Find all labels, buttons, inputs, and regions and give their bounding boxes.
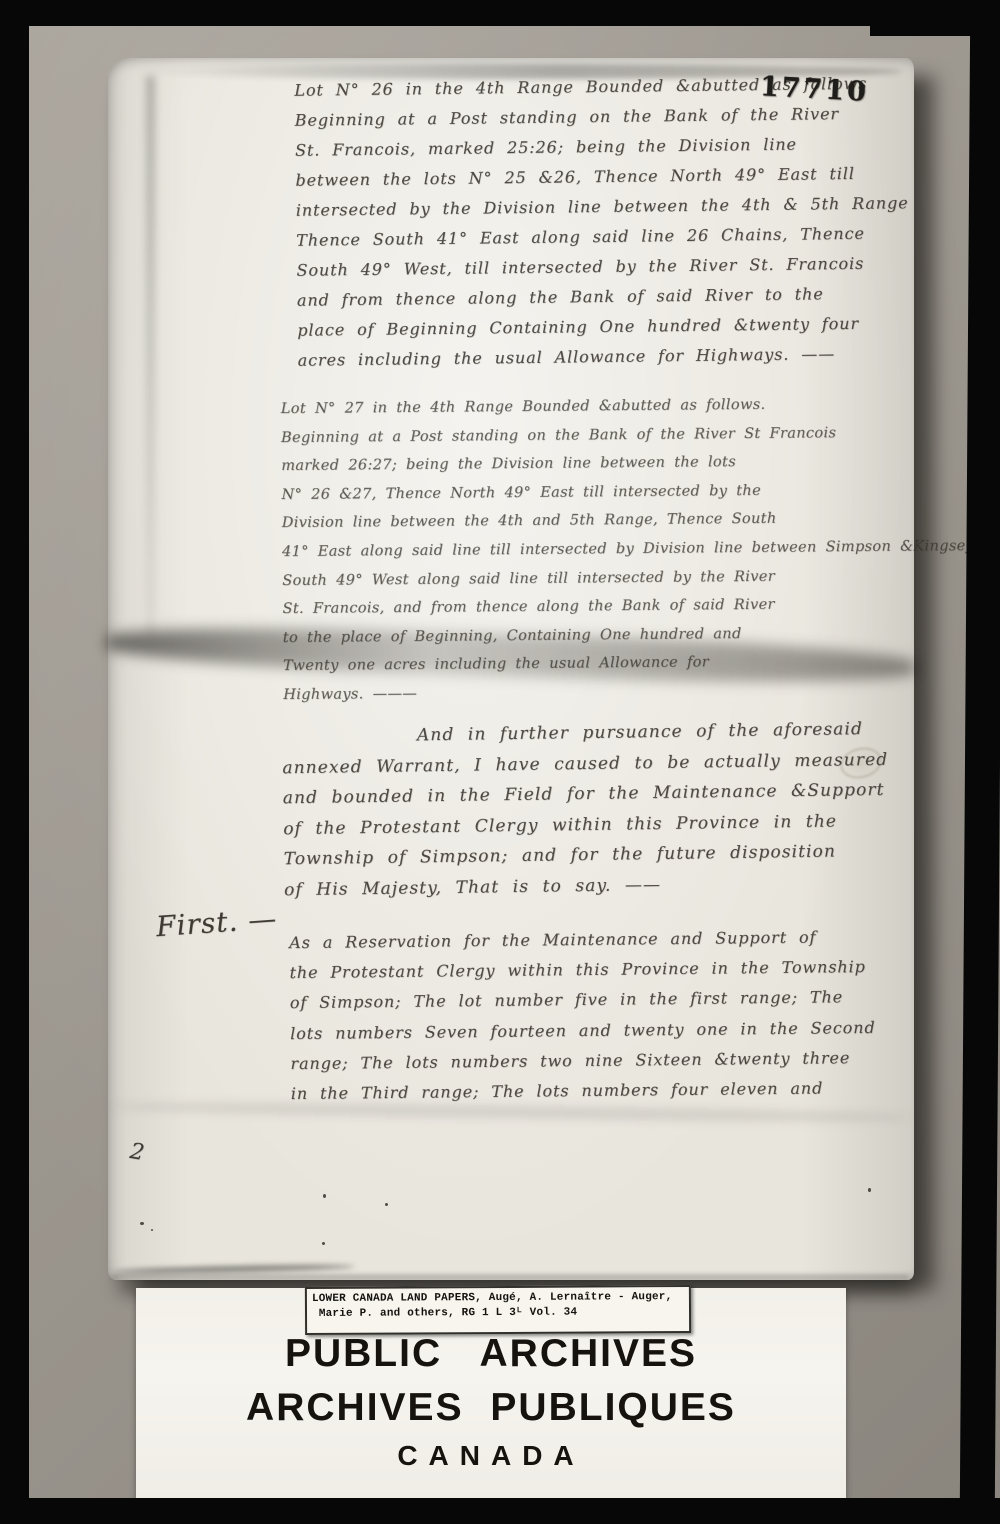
- film-frame-top: [0, 0, 1000, 26]
- ink-speck: [322, 1242, 325, 1245]
- ink-speck: [323, 1194, 326, 1198]
- ink-speck: [385, 1203, 388, 1206]
- banner-title-english: PUBLIC ARCHIVES: [136, 1332, 846, 1376]
- manuscript-paragraph-lot26: Lot N° 26 in the 4th Range Bounded &abut…: [294, 68, 910, 375]
- manuscript-paragraph-pursuance: And in further pursuance of the aforesai…: [282, 714, 890, 905]
- film-frame-bottom: [0, 1498, 1000, 1524]
- catalogue-label: LOWER CANADA LAND PAPERS, Augé, A. Lerna…: [305, 1285, 691, 1335]
- film-frame-left: [0, 0, 29, 1524]
- banner-country: CANADA: [136, 1440, 846, 1472]
- ink-speck: [868, 1188, 871, 1192]
- manuscript-paragraph-first-reservation: As a Reservation for the Maintenance and…: [289, 922, 876, 1109]
- ink-speck: [140, 1222, 144, 1225]
- ink-speck: [151, 1229, 153, 1231]
- archive-number-stamp: 17710: [759, 71, 869, 108]
- banner-title-french: ARCHIVES PUBLIQUES: [136, 1386, 846, 1430]
- archival-scan: 17710 Lot N° 26 in the 4th Range Bounded…: [0, 0, 1000, 1524]
- manuscript-paragraph-lot27: Lot N° 27 in the 4th Range Bounded &abut…: [281, 389, 976, 710]
